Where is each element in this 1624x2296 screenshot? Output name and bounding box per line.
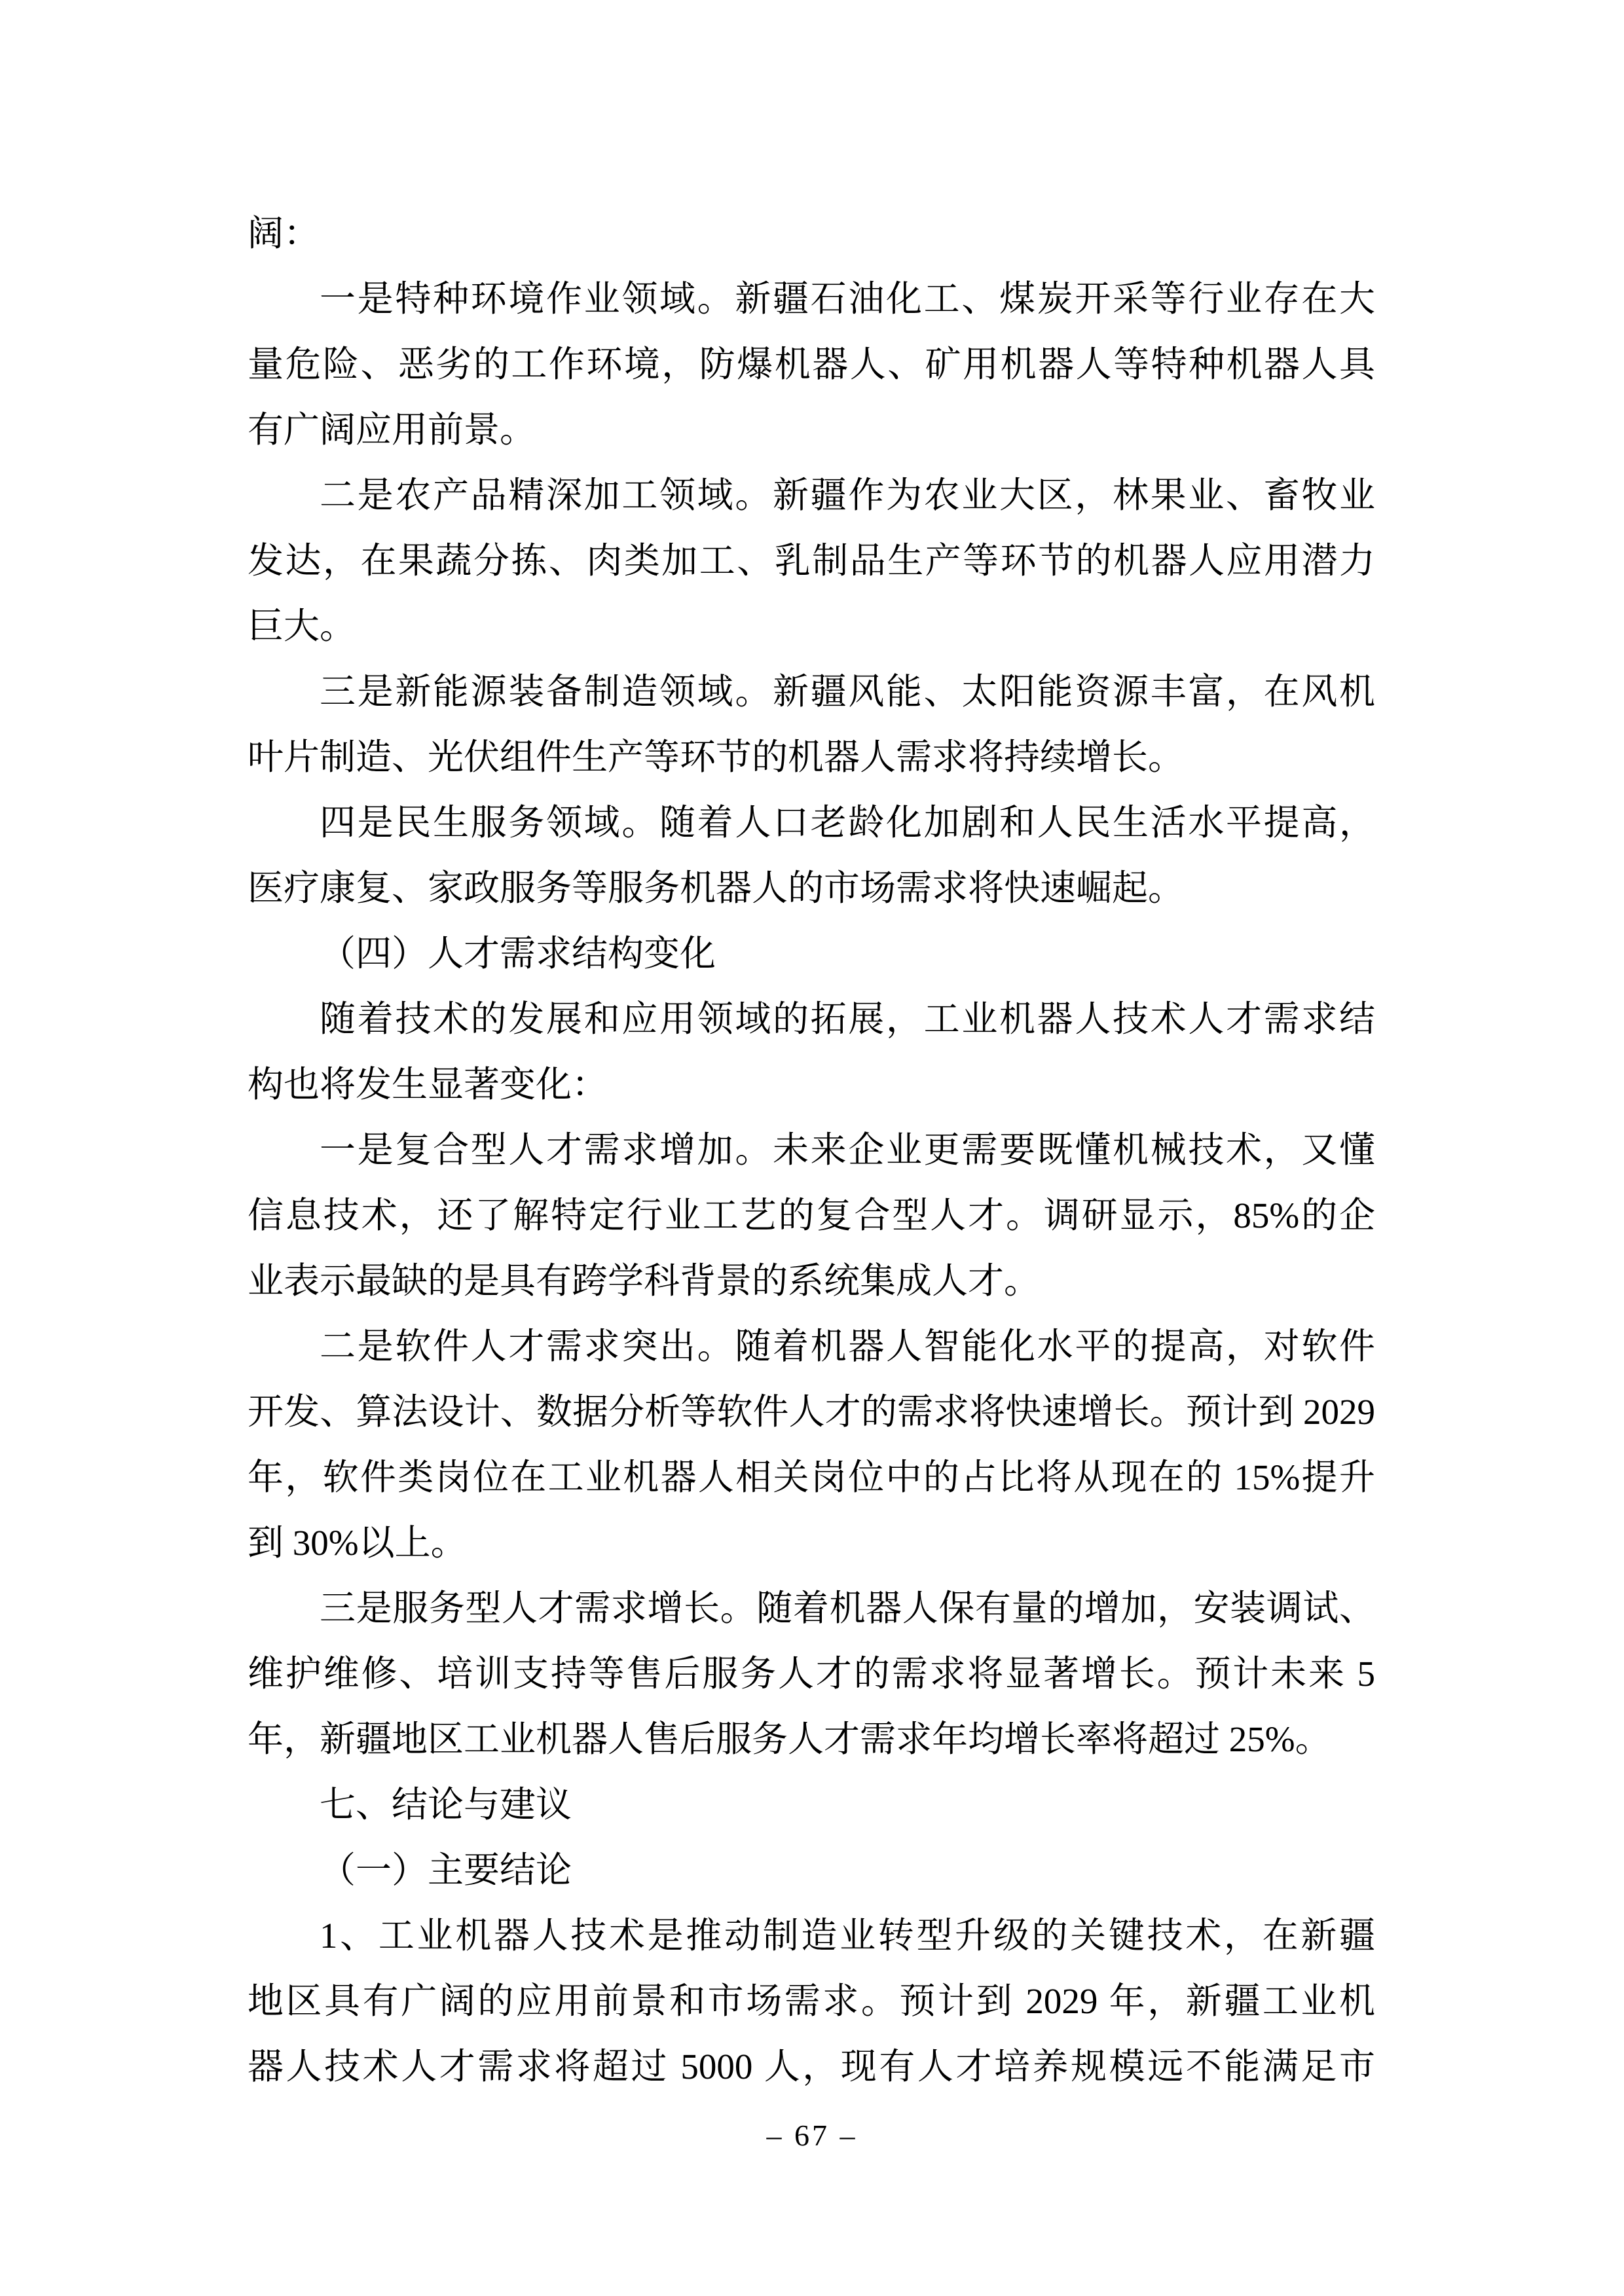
text-line: 地区具有广阔的应用前景和市场需求。预计到 2029 年，新疆工业机	[248, 1969, 1375, 2034]
text-line: 量危险、恶劣的工作环境，防爆机器人、矿用机器人等特种机器人具	[248, 332, 1375, 397]
text-line: 三是服务型人才需求增长。随着机器人保有量的增加，安装调试、	[248, 1576, 1375, 1641]
text-line: 二是农产品精深加工领域。新疆作为农业大区，林果业、畜牧业	[248, 463, 1375, 528]
text-line: 医疗康复、家政服务等服务机器人的市场需求将快速崛起。	[248, 856, 1375, 921]
text-line: 一是复合型人才需求增加。未来企业更需要既懂机械技术，又懂	[248, 1118, 1375, 1183]
text-line: 1、工业机器人技术是推动制造业转型升级的关键技术，在新疆	[248, 1903, 1375, 1969]
section-heading: （四）人才需求结构变化	[248, 921, 1375, 987]
text-line: 年，软件类岗位在工业机器人相关岗位中的占比将从现在的 15%提升	[248, 1445, 1375, 1510]
text-line: 构也将发生显著变化：	[248, 1052, 1375, 1118]
text-line: 有广阔应用前景。	[248, 397, 1375, 463]
text-line: 开发、算法设计、数据分析等软件人才的需求将快速增长。预计到 2029	[248, 1379, 1375, 1445]
text-line: 叶片制造、光伏组件生产等环节的机器人需求将持续增长。	[248, 725, 1375, 790]
section-heading: 七、结论与建议	[248, 1772, 1375, 1838]
text-line: 巨大。	[248, 594, 1375, 659]
section-heading: （一）主要结论	[248, 1838, 1375, 1903]
page-number: – 67 –	[0, 2116, 1624, 2155]
text-line: 四是民生服务领域。随着人口老龄化加剧和人民生活水平提高，	[248, 790, 1375, 856]
text-line: 随着技术的发展和应用领域的拓展，工业机器人技术人才需求结	[248, 987, 1375, 1052]
document-page: 阔： 一是特种环境作业领域。新疆石油化工、煤炭开采等行业存在大 量危险、恶劣的工…	[0, 0, 1624, 2296]
text-line: 三是新能源装备制造领域。新疆风能、太阳能资源丰富，在风机	[248, 659, 1375, 725]
text-line: 二是软件人才需求突出。随着机器人智能化水平的提高，对软件	[248, 1314, 1375, 1379]
text-line: 信息技术，还了解特定行业工艺的复合型人才。调研显示，85%的企	[248, 1183, 1375, 1248]
text-line: 器人技术人才需求将超过 5000 人，现有人才培养规模远不能满足市	[248, 2034, 1375, 2100]
text-line: 业表示最缺的是具有跨学科背景的系统集成人才。	[248, 1248, 1375, 1314]
text-line: 阔：	[248, 201, 1375, 266]
text-line: 到 30%以上。	[248, 1510, 1375, 1576]
text-line: 年，新疆地区工业机器人售后服务人才需求年均增长率将超过 25%。	[248, 1707, 1375, 1772]
text-line: 维护维修、培训支持等售后服务人才的需求将显著增长。预计未来 5	[248, 1641, 1375, 1707]
text-line: 发达，在果蔬分拣、肉类加工、乳制品生产等环节的机器人应用潜力	[248, 528, 1375, 594]
text-line: 一是特种环境作业领域。新疆石油化工、煤炭开采等行业存在大	[248, 266, 1375, 332]
document-body: 阔： 一是特种环境作业领域。新疆石油化工、煤炭开采等行业存在大 量危险、恶劣的工…	[248, 201, 1375, 2100]
